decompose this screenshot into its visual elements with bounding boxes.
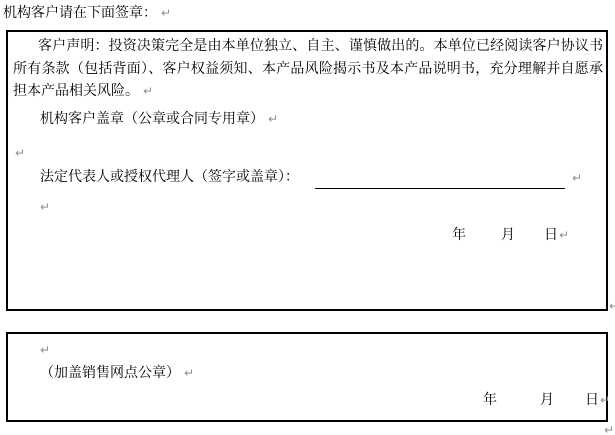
paragraph-mark-icon: ↵ <box>600 393 610 407</box>
date-month-label: 月 <box>540 393 554 408</box>
date-year-label: 年 <box>452 228 466 243</box>
date-month-label: 月 <box>501 228 515 243</box>
signatory-line: 法定代表人或授权代理人（签字或盖章）： <box>40 169 299 187</box>
paragraph-mark-icon: ↵ <box>609 297 615 315</box>
institution-stamp-label: 机构客户盖章（公章或合同专用章） <box>40 112 264 127</box>
branch-stamp-line: （加盖销售网点公章）↵ <box>40 364 194 383</box>
document-page: 机构客户请在下面签章：↵ 客户声明：投资决策完全是由本单位独立、自主、谨慎做出的… <box>0 0 615 435</box>
date-line: 年月日↵ <box>452 226 569 245</box>
paragraph-mark-icon: ↵ <box>559 228 569 242</box>
institution-signature-box: 客户声明：投资决策完全是由本单位独立、自主、谨慎做出的。本单位已经阅读客户协议书… <box>6 30 608 311</box>
date-day-label: 日 <box>585 393 599 408</box>
paragraph-mark-icon: ↵ <box>40 198 50 216</box>
heading: 机构客户请在下面签章： <box>3 6 157 21</box>
date-year-label: 年 <box>483 393 497 408</box>
signature-underline-field[interactable] <box>315 171 565 189</box>
date-day-label: 日 <box>544 228 558 243</box>
paragraph-mark-icon: ↵ <box>143 84 153 98</box>
paragraph-mark-icon: ↵ <box>268 112 278 126</box>
heading-line: 机构客户请在下面签章：↵ <box>3 4 171 23</box>
institution-stamp-line: 机构客户盖章（公章或合同专用章）↵ <box>40 110 278 129</box>
paragraph-mark-icon: ↵ <box>184 366 194 380</box>
paragraph-mark-icon: ↵ <box>15 144 25 162</box>
declaration-text: 客户声明：投资决策完全是由本单位独立、自主、谨慎做出的。本单位已经阅读客户协议书… <box>13 39 603 99</box>
branch-stamp-box: ↵ （加盖销售网点公章）↵ 年月日↵ <box>6 332 608 422</box>
signatory-label: 法定代表人或授权代理人（签字或盖章）： <box>40 170 299 185</box>
paragraph-mark-icon: ↵ <box>572 169 582 187</box>
date-line: 年月日↵ <box>483 391 610 410</box>
paragraph-mark-icon: ↵ <box>604 421 614 435</box>
declaration-paragraph: 客户声明：投资决策完全是由本单位独立、自主、谨慎做出的。本单位已经阅读客户协议书… <box>13 36 603 104</box>
paragraph-mark-icon: ↵ <box>40 341 50 359</box>
paragraph-mark-icon: ↵ <box>161 6 171 20</box>
branch-stamp-label: （加盖销售网点公章） <box>40 366 180 381</box>
